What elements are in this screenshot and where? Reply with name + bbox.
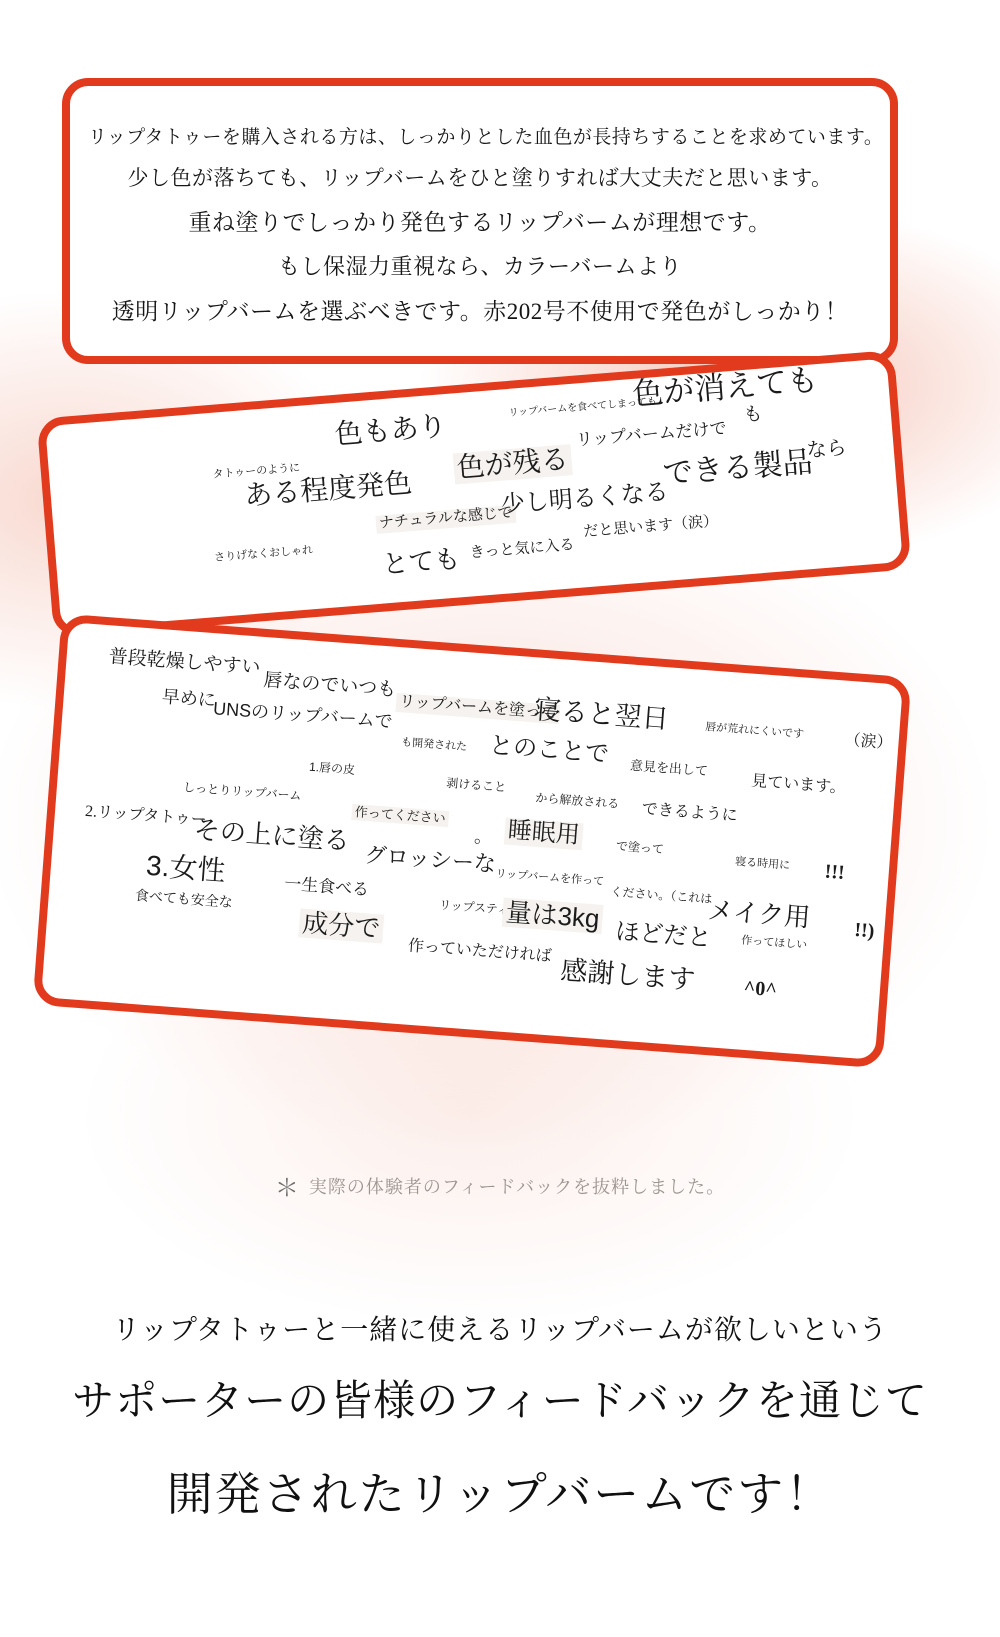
cloud-word: 作ってほしい <box>741 935 808 951</box>
cloud-word: だと思います（涙） <box>583 515 719 542</box>
cloud-word: 1.唇の皮 <box>309 761 356 777</box>
cloud-word: UNSのリップバームで <box>212 699 393 731</box>
cloud-word: リップバームを作って <box>495 869 604 889</box>
cloud-word: 感謝します <box>560 956 697 994</box>
cloud-word: 寝る時用に <box>735 857 791 873</box>
cloud-word: しっとりリップバーム <box>183 781 302 802</box>
cloud-word: 色が残る <box>453 444 573 485</box>
cloud-word: なら <box>806 438 848 462</box>
quote-line: もし保湿力重視なら、カラーバームより <box>88 250 872 281</box>
cloud-word: とのことで <box>488 734 610 768</box>
cloud-word: 食べても安全な <box>134 890 233 912</box>
cloud-word: も <box>743 405 764 426</box>
cloud-word: 2.リップタトゥー <box>84 804 207 830</box>
cloud-word: 成分で <box>298 908 384 944</box>
cloud-word: ナチュラルな感じで <box>375 505 516 534</box>
cloud-word: から解放される <box>535 792 620 811</box>
cloud-word: メイク用 <box>706 897 811 932</box>
cloud-word: 唇が荒れにくいです <box>705 722 805 741</box>
cloud-word: とても <box>381 545 461 578</box>
cloud-word: 色が消えても <box>631 364 819 411</box>
cloud-word: その上に塗る <box>193 816 351 855</box>
closing-line-2: サポーターの皆様のフィードバックを通じて <box>0 1368 1000 1428</box>
cloud-word: グロッシーな <box>364 843 497 876</box>
feedback-cloud-top: タトゥーのように色もありリップバームを食べてしまっても色が消えてもリップバームだ… <box>37 350 912 638</box>
cloud-word: 剥けること <box>446 777 507 794</box>
cloud-word: !!! <box>824 862 846 884</box>
cloud-word: も開発された <box>401 737 468 753</box>
feedback-cloud-bottom: 普段乾燥しやすい唇なのでいつもリップバームを塗って寝ると翌日唇が荒れにくいです（… <box>33 614 912 1069</box>
quote-line: 透明リップバームを選ぶべきです。赤202号不使用で発色がしっかり！ <box>88 293 872 326</box>
cloud-word: 早めに <box>161 687 216 710</box>
cloud-word: 色もあり <box>334 412 448 450</box>
quote-line: 少し色が落ちても、リップバームをひと塗りすれば大丈夫だと思います。 <box>88 162 872 192</box>
quote-line: 重ね塗りでしっかり発色するリップバームが理想です。 <box>88 204 872 237</box>
cloud-word: 作っていただければ <box>407 939 552 967</box>
asterisk-icon: ＊ <box>275 1168 299 1203</box>
cloud-word: ください。（これは <box>610 886 713 906</box>
quote-box: リップタトゥーを購入される方は、しっかりとした血色が長持ちすることを求めています… <box>62 78 898 364</box>
promo-page: リップタトゥーを購入される方は、しっかりとした血色が長持ちすることを求めています… <box>0 0 1000 1637</box>
cloud-word: 。 <box>474 827 493 847</box>
cloud-word: できる製品 <box>662 447 814 490</box>
cloud-word: 一生食べる <box>284 875 370 899</box>
cloud-word: !!) <box>854 920 876 942</box>
cloud-word: 作ってください <box>351 804 449 827</box>
cloud-word: 意見を出して <box>630 759 709 778</box>
cloud-word: リップバームだけで <box>575 420 727 450</box>
cloud-word: で塗って <box>616 840 665 856</box>
closing-line-1: リップタトゥーと一緒に使えるリップバームが欲しいという <box>0 1308 1000 1348</box>
cloud-word: 3.女性 <box>145 851 226 886</box>
footnote-text: 実際の体験者のフィードバックを抜粋しました。 <box>309 1173 725 1199</box>
cloud-word: 睡眠用 <box>504 817 584 850</box>
cloud-word: 見ています。 <box>751 774 847 798</box>
cloud-word: 唇なのでいつも <box>263 671 397 701</box>
cloud-word: ^0^ <box>743 978 778 1001</box>
cloud-word: 寝ると翌日 <box>533 695 670 733</box>
cloud-word: できるように <box>641 802 738 826</box>
cloud-word: 少し明るくなる <box>500 480 669 519</box>
cloud-word: きっと気に入る <box>469 538 575 562</box>
cloud-word: （涙） <box>844 733 893 753</box>
cloud-word: ほどだと <box>615 920 713 952</box>
quote-line: リップタトゥーを購入される方は、しっかりとした血色が長持ちすることを求めています… <box>88 122 872 149</box>
footnote: ＊ 実際の体験者のフィードバックを抜粋しました。 <box>0 1168 1000 1203</box>
cloud-word: 量は3kg <box>502 898 604 935</box>
cloud-word: さりげなくおしゃれ <box>214 545 314 564</box>
cloud-word: 普段乾燥しやすい <box>108 647 261 678</box>
quote-lines: リップタトゥーを購入される方は、しっかりとした血色が長持ちすることを求めています… <box>70 86 890 356</box>
closing-line-3: 開発されたリップバームです！ <box>0 1458 1000 1524</box>
